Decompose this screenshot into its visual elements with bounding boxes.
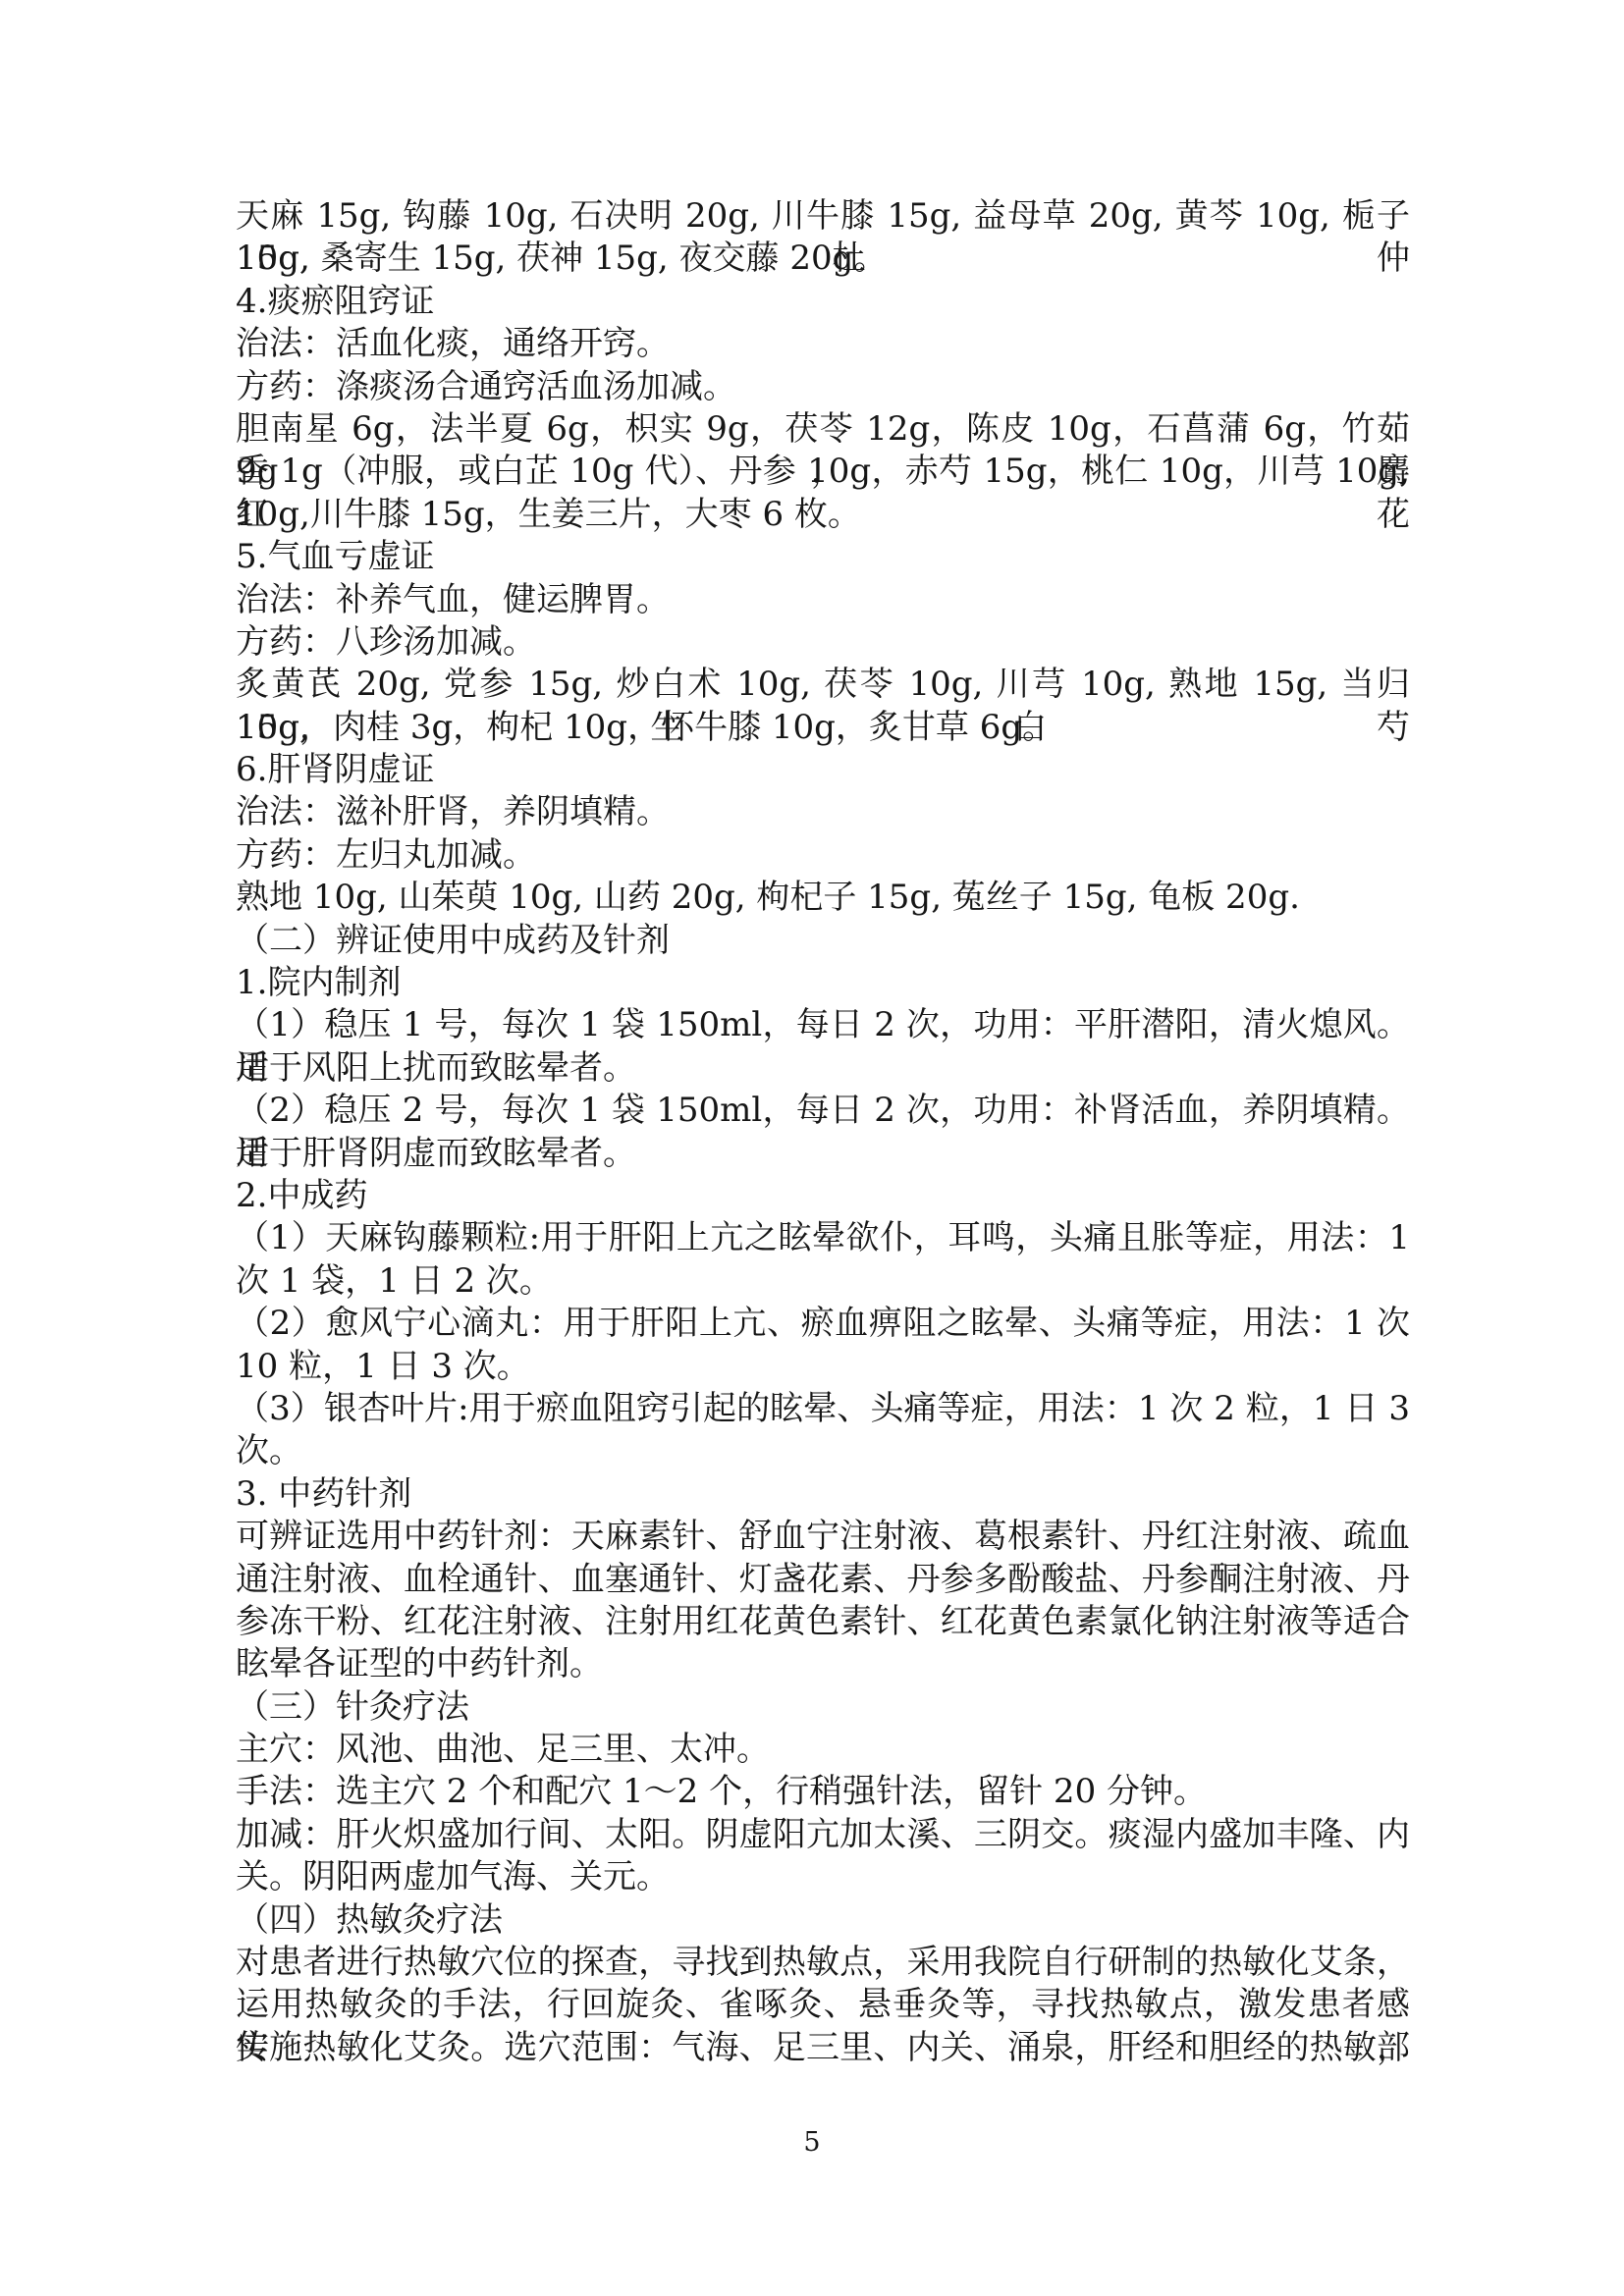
text-line: 主穴：风池、曲池、足三里、太冲。 [236, 1729, 1410, 1771]
text-line: 方药：涤痰汤合通窍活血汤加减。 [236, 366, 1410, 408]
text-line: 用于肝肾阴虚而致眩晕者。 [236, 1133, 1410, 1175]
text-line: 方药：左归丸加减。 [236, 834, 1410, 877]
text-line: 可辨证选用中药针剂：天麻素针、舒血宁注射液、葛根素针、丹红注射液、疏血 [236, 1516, 1410, 1558]
document-body: 天麻 15g, 钩藤 10g, 石决明 20g, 川牛膝 15g, 益母草 20… [236, 195, 1410, 2069]
page-number: 5 [0, 2126, 1624, 2160]
text-line: （2）稳压 2 号，每次 1 袋 150ml，每日 2 次，功用：补肾活血，养阴… [236, 1090, 1410, 1132]
text-line: 香 1g（冲服，或白芷 10g 代）、丹参 10g，赤芍 15g，桃仁 10g，… [236, 451, 1410, 493]
text-line: 实施热敏化艾灸。选穴范围：气海、足三里、内关、涌泉，肝经和胆经的热敏部 [236, 2027, 1410, 2069]
text-line: 5.气血亏虚证 [236, 536, 1410, 578]
text-line: 次 1 袋，1 日 2 次。 [236, 1260, 1410, 1303]
document-page: 天麻 15g, 钩藤 10g, 石决明 20g, 川牛膝 15g, 益母草 20… [0, 0, 1624, 2296]
text-line: 10 粒，1 日 3 次。 [236, 1346, 1410, 1388]
text-line: 眩晕各证型的中药针剂。 [236, 1643, 1410, 1685]
text-line: （三）针灸疗法 [236, 1686, 1410, 1729]
text-line: 手法：选主穴 2 个和配穴 1～2 个，行稍强针法，留针 20 分钟。 [236, 1771, 1410, 1813]
text-line: 方药：八珍汤加减。 [236, 621, 1410, 664]
text-line: （2）愈风宁心滴丸：用于肝阳上亢、瘀血痹阻之眩晕、头痛等症，用法：1 次 [236, 1303, 1410, 1345]
text-line: 治法：活血化痰，通络开窍。 [236, 323, 1410, 365]
text-line: 次。 [236, 1430, 1410, 1472]
text-line: 参冻干粉、红花注射液、注射用红花黄色素针、红花黄色素氯化钠注射液等适合 [236, 1601, 1410, 1643]
text-line: 通注射液、血栓通针、血塞通针、灯盏花素、丹参多酚酸盐、丹参酮注射液、丹 [236, 1559, 1410, 1601]
text-line: 治法：滋补肝肾，养阴填精。 [236, 791, 1410, 833]
text-line: 对患者进行热敏穴位的探查，寻找到热敏点，采用我院自行研制的热敏化艾条， [236, 1942, 1410, 1984]
text-line: 熟地 10g, 山茱萸 10g, 山药 20g, 枸杞子 15g, 菟丝子 15… [236, 877, 1410, 919]
text-line: （3）银杏叶片:用于瘀血阻窍引起的眩晕、头痛等症，用法：1 次 2 粒，1 日 … [236, 1388, 1410, 1430]
text-line: 加减：肝火炽盛加行间、太阳。阴虚阳亢加太溪、三阴交。痰湿内盛加丰隆、内 [236, 1814, 1410, 1856]
text-line: 1.院内制剂 [236, 962, 1410, 1004]
text-line: 用于风阳上扰而致眩晕者。 [236, 1047, 1410, 1090]
text-line: （1）天麻钩藤颗粒:用于肝阳上亢之眩晕欲仆，耳鸣，头痛且胀等症，用法：1 [236, 1217, 1410, 1259]
text-line: 胆南星 6g，法半夏 6g，枳实 9g，茯苓 12g，陈皮 10g，石菖蒲 6g… [236, 408, 1410, 451]
text-line: 6.肝肾阴虚证 [236, 749, 1410, 791]
text-line: （四）热敏灸疗法 [236, 1899, 1410, 1942]
text-line: 3. 中药针剂 [236, 1473, 1410, 1516]
text-line: 天麻 15g, 钩藤 10g, 石决明 20g, 川牛膝 15g, 益母草 20… [236, 195, 1410, 238]
text-line: （1）稳压 1 号，每次 1 袋 150ml，每日 2 次，功用：平肝潜阳，清火… [236, 1004, 1410, 1046]
text-line: 2.中成药 [236, 1175, 1410, 1217]
text-line: 运用热敏灸的手法，行回旋灸、雀啄灸、悬垂灸等，寻找热敏点，激发患者感传， [236, 1984, 1410, 2026]
text-line: 4.痰瘀阻窍证 [236, 281, 1410, 323]
text-line: 关。阴阳两虚加气海、关元。 [236, 1856, 1410, 1898]
text-line: 炙黄芪 20g, 党参 15g, 炒白术 10g, 茯苓 10g, 川芎 10g… [236, 664, 1410, 706]
text-line: （二）辨证使用中成药及针剂 [236, 920, 1410, 962]
text-line: 治法：补养气血，健运脾胃。 [236, 579, 1410, 621]
